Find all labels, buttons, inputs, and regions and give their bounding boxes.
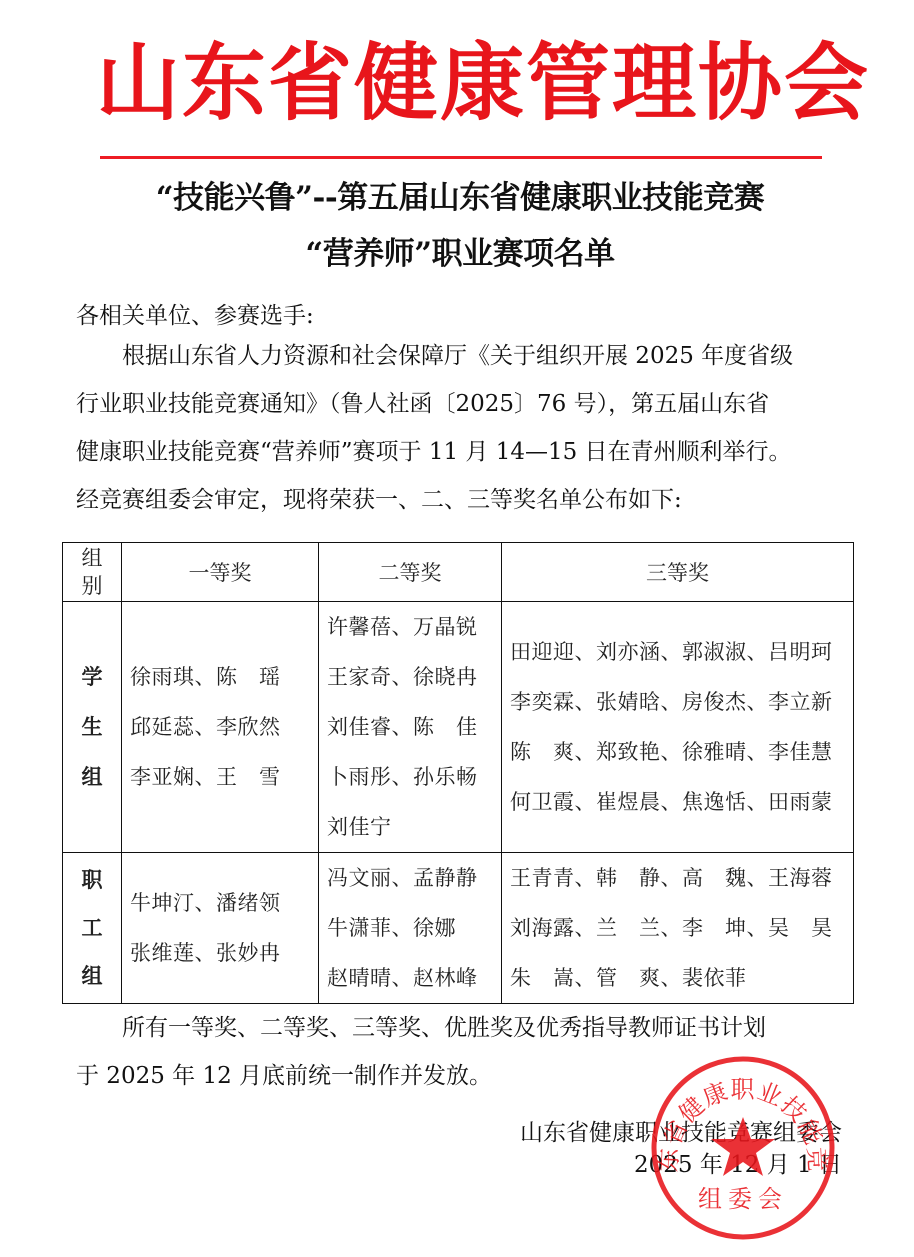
third-prize-cell: 王青青、韩 静、高 魏、王海蓉 刘海露、兰 兰、李 坤、吴 昊 朱 嵩、管 爽、… [502,853,854,1004]
third-prize-cell: 田迎迎、刘亦涵、郭淑淑、吕明珂 李奕霖、张婧晗、房俊杰、李立新 陈 爽、郑致艳、… [502,602,854,853]
document-title-line-1: “技能兴鲁”--第五届山东省健康职业技能竞赛 [60,172,860,217]
first-prize-cell: 徐雨琪、陈 瑶 邱延蕊、李欣然 李亚娴、王 雪 [122,602,319,853]
document-title-line-2: “营养师”职业赛项名单 [60,228,860,273]
winner-names: 徐雨琪、陈 瑶 [130,652,310,702]
header-first-prize: 一等奖 [122,543,319,602]
winner-names: 李奕霖、张婧晗、房俊杰、李立新 [510,677,845,727]
winner-names: 牛潇菲、徐娜 [327,903,493,953]
winner-names: 刘佳睿、陈 佳 [327,702,493,752]
winner-names: 牛坤汀、潘绪领 [130,878,310,928]
winner-names: 朱 嵩、管 爽、裴依菲 [510,953,845,1003]
awards-table: 组别 一等奖 二等奖 三等奖 学生组 徐雨琪、陈 瑶 邱延蕊、李欣然 李亚娴、王… [62,542,854,1004]
signature-organization: 山东省健康职业技能竞赛组委会 [520,1114,842,1147]
intro-paragraph: 根据山东省人力资源和社会保障厅《关于组织开展 2025 年度省级 行业职业技能竞… [76,332,793,524]
first-prize-cell: 牛坤汀、潘绪领 张维莲、张妙冉 [122,853,319,1004]
winner-names: 王青青、韩 静、高 魏、王海蓉 [510,853,845,903]
seal-bottom-text: 组委会 [698,1185,788,1213]
table-header-row: 组别 一等奖 二等奖 三等奖 [63,543,854,602]
letterhead-divider [100,156,822,159]
winner-names: 李亚娴、王 雪 [130,752,310,802]
winner-names: 卜雨彤、孙乐畅 [327,752,493,802]
header-group-label: 组别 [80,544,104,600]
winner-names: 张维莲、张妙冉 [130,928,310,978]
paragraph-line: 行业职业技能竞赛通知》（鲁人社函〔2025〕76 号），第五届山东省 [76,380,793,428]
winner-names: 冯文丽、孟静静 [327,853,493,903]
winner-names: 王家奇、徐晓冉 [327,652,493,702]
organization-letterhead: 山东省健康管理协会 [96,28,826,138]
winner-names: 田迎迎、刘亦涵、郭淑淑、吕明珂 [510,627,845,677]
winner-names: 邱延蕊、李欣然 [130,702,310,752]
winner-names: 许馨蓓、万晶锐 [327,602,493,652]
closing-paragraph: 所有一等奖、二等奖、三等奖、优胜奖及优秀指导教师证书计划 于 2025 年 12… [76,1004,766,1100]
header-third-prize: 三等奖 [502,543,854,602]
paragraph-line: 于 2025 年 12 月底前统一制作并发放。 [76,1052,766,1100]
group-label: 学生组 [80,652,104,802]
paragraph-line: 经竞赛组委会审定，现将荣获一、二、三等奖名单公布如下: [76,476,793,524]
table-row: 学生组 徐雨琪、陈 瑶 邱延蕊、李欣然 李亚娴、王 雪 许馨蓓、万晶锐 王家奇、… [63,602,854,853]
paragraph-line: 所有一等奖、二等奖、三等奖、优胜奖及优秀指导教师证书计划 [76,1004,766,1052]
winner-names: 赵晴晴、赵林峰 [327,953,493,1003]
signature-date: 2025 年 12 月 1 日 [634,1146,842,1179]
group-cell: 学生组 [63,602,122,853]
winner-names: 刘佳宁 [327,802,493,852]
group-label: 职工组 [80,856,104,1000]
winner-names: 何卫霞、崔煜晨、焦逸恬、田雨蒙 [510,777,845,827]
paragraph-line: 根据山东省人力资源和社会保障厅《关于组织开展 2025 年度省级 [76,332,793,380]
second-prize-cell: 冯文丽、孟静静 牛潇菲、徐娜 赵晴晴、赵林峰 [319,853,502,1004]
winner-names: 刘海露、兰 兰、李 坤、吴 昊 [510,903,845,953]
header-second-prize: 二等奖 [319,543,502,602]
header-group: 组别 [63,543,122,602]
winner-names: 陈 爽、郑致艳、徐雅晴、李佳慧 [510,727,845,777]
second-prize-cell: 许馨蓓、万晶锐 王家奇、徐晓冉 刘佳睿、陈 佳 卜雨彤、孙乐畅 刘佳宁 [319,602,502,853]
paragraph-line: 健康职业技能竞赛“营养师”赛项于 11 月 14—15 日在青州顺利举行。 [76,428,793,476]
table-row: 职工组 牛坤汀、潘绪领 张维莲、张妙冉 冯文丽、孟静静 牛潇菲、徐娜 赵晴晴、赵… [63,853,854,1004]
group-cell: 职工组 [63,853,122,1004]
